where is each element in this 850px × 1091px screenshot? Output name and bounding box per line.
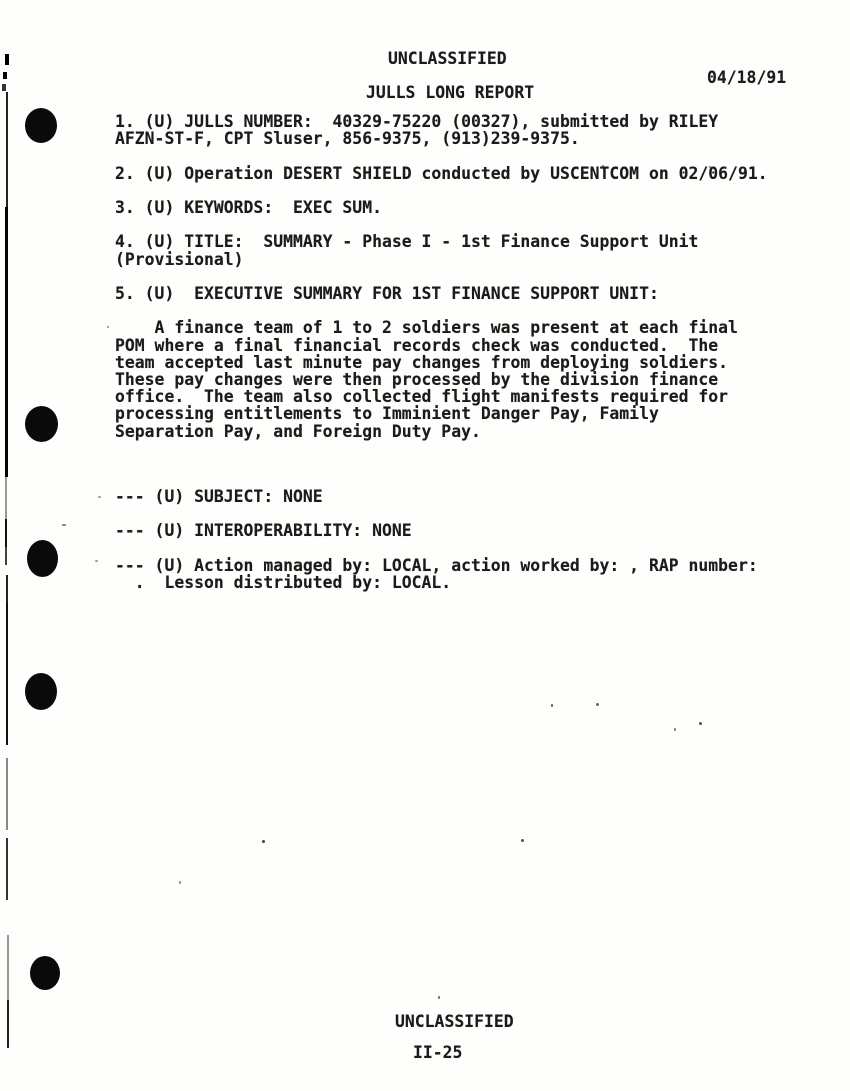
report-date: 04/18/91 (707, 69, 786, 86)
scan-speck (699, 722, 702, 725)
binder-edge-line (2, 84, 6, 91)
binder-edge-line (7, 935, 9, 1000)
binder-edge-line (6, 92, 8, 207)
binder-edge-line (5, 547, 7, 565)
binder-edge-line (6, 758, 8, 830)
binder-edge-line (5, 477, 7, 519)
classification-banner-top: UNCLASSIFIED (388, 50, 507, 67)
scan-speck (179, 881, 181, 884)
scan-speck (95, 560, 98, 562)
binder-edge-line (6, 575, 8, 603)
scan-speck (596, 703, 599, 706)
scan-speck (438, 996, 440, 999)
scan-speck (107, 326, 109, 328)
document-body-main: 1. (U) JULLS NUMBER: 40329-75220 (00327)… (115, 113, 768, 440)
binder-edge-line (6, 838, 8, 900)
binder-edge-line (5, 54, 9, 65)
binder-edge-line (7, 1000, 9, 1048)
binder-edge-line (5, 207, 8, 477)
scan-speck (98, 496, 101, 498)
hole-punch-mark (27, 540, 58, 577)
document-body-admin: --- (U) SUBJECT: NONE --- (U) INTEROPERA… (115, 488, 758, 591)
scan-speck (709, 166, 711, 168)
binder-edge-line (3, 72, 7, 79)
scan-speck (551, 704, 553, 707)
hole-punch-mark (30, 956, 60, 990)
scan-speck (674, 728, 676, 731)
scan-speck (602, 165, 604, 167)
classification-banner-bottom: UNCLASSIFIED (395, 1013, 514, 1030)
scanned-document-page: UNCLASSIFIED 04/18/91 JULLS LONG REPORT … (0, 0, 850, 1091)
report-title: JULLS LONG REPORT (366, 84, 534, 101)
scan-speck (521, 839, 524, 842)
hole-punch-mark (25, 108, 57, 143)
scan-speck (62, 524, 66, 526)
binder-edge-line (6, 603, 8, 745)
scan-speck (262, 840, 265, 843)
binder-edge-line (5, 519, 7, 547)
page-number: II-25 (413, 1044, 462, 1061)
hole-punch-mark (25, 673, 57, 710)
hole-punch-mark (25, 406, 58, 442)
